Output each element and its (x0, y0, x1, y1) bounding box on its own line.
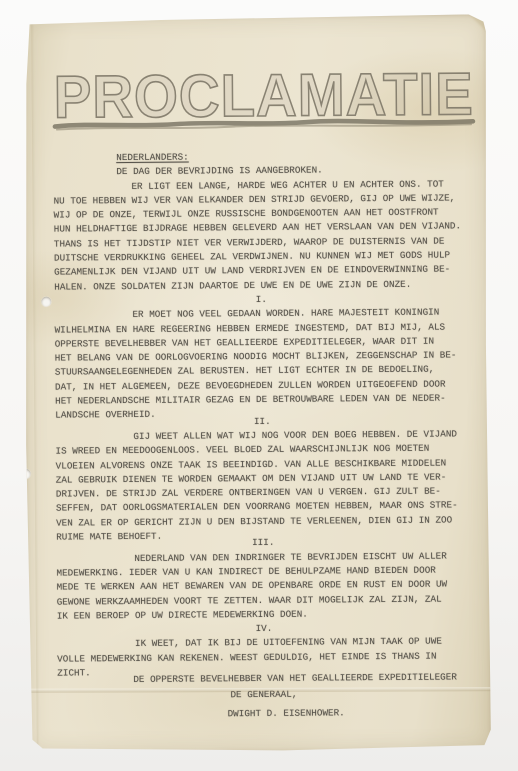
signoff-line: DE OPPERSTE BEVELHEBBER VAN HET GEALLIEE… (133, 671, 471, 688)
punch-hole (41, 297, 51, 307)
punch-hole-edge (21, 469, 31, 479)
paper-edge-crease (31, 18, 40, 754)
proclamation-document: PROCLAMATIE NEDERLANDERS:DE DAG DER BEVR… (22, 14, 492, 754)
corner-fold (469, 14, 486, 31)
signature-line: DWIGHT D. EISENHOWER. (228, 705, 472, 721)
photo-background: PROCLAMATIE NEDERLANDERS:DE DAG DER BEVR… (0, 0, 518, 771)
document-title-block: PROCLAMATIE (51, 66, 479, 133)
document-body: NEDERLANDERS:DE DAG DER BEVRIJDING IS AA… (53, 148, 471, 722)
